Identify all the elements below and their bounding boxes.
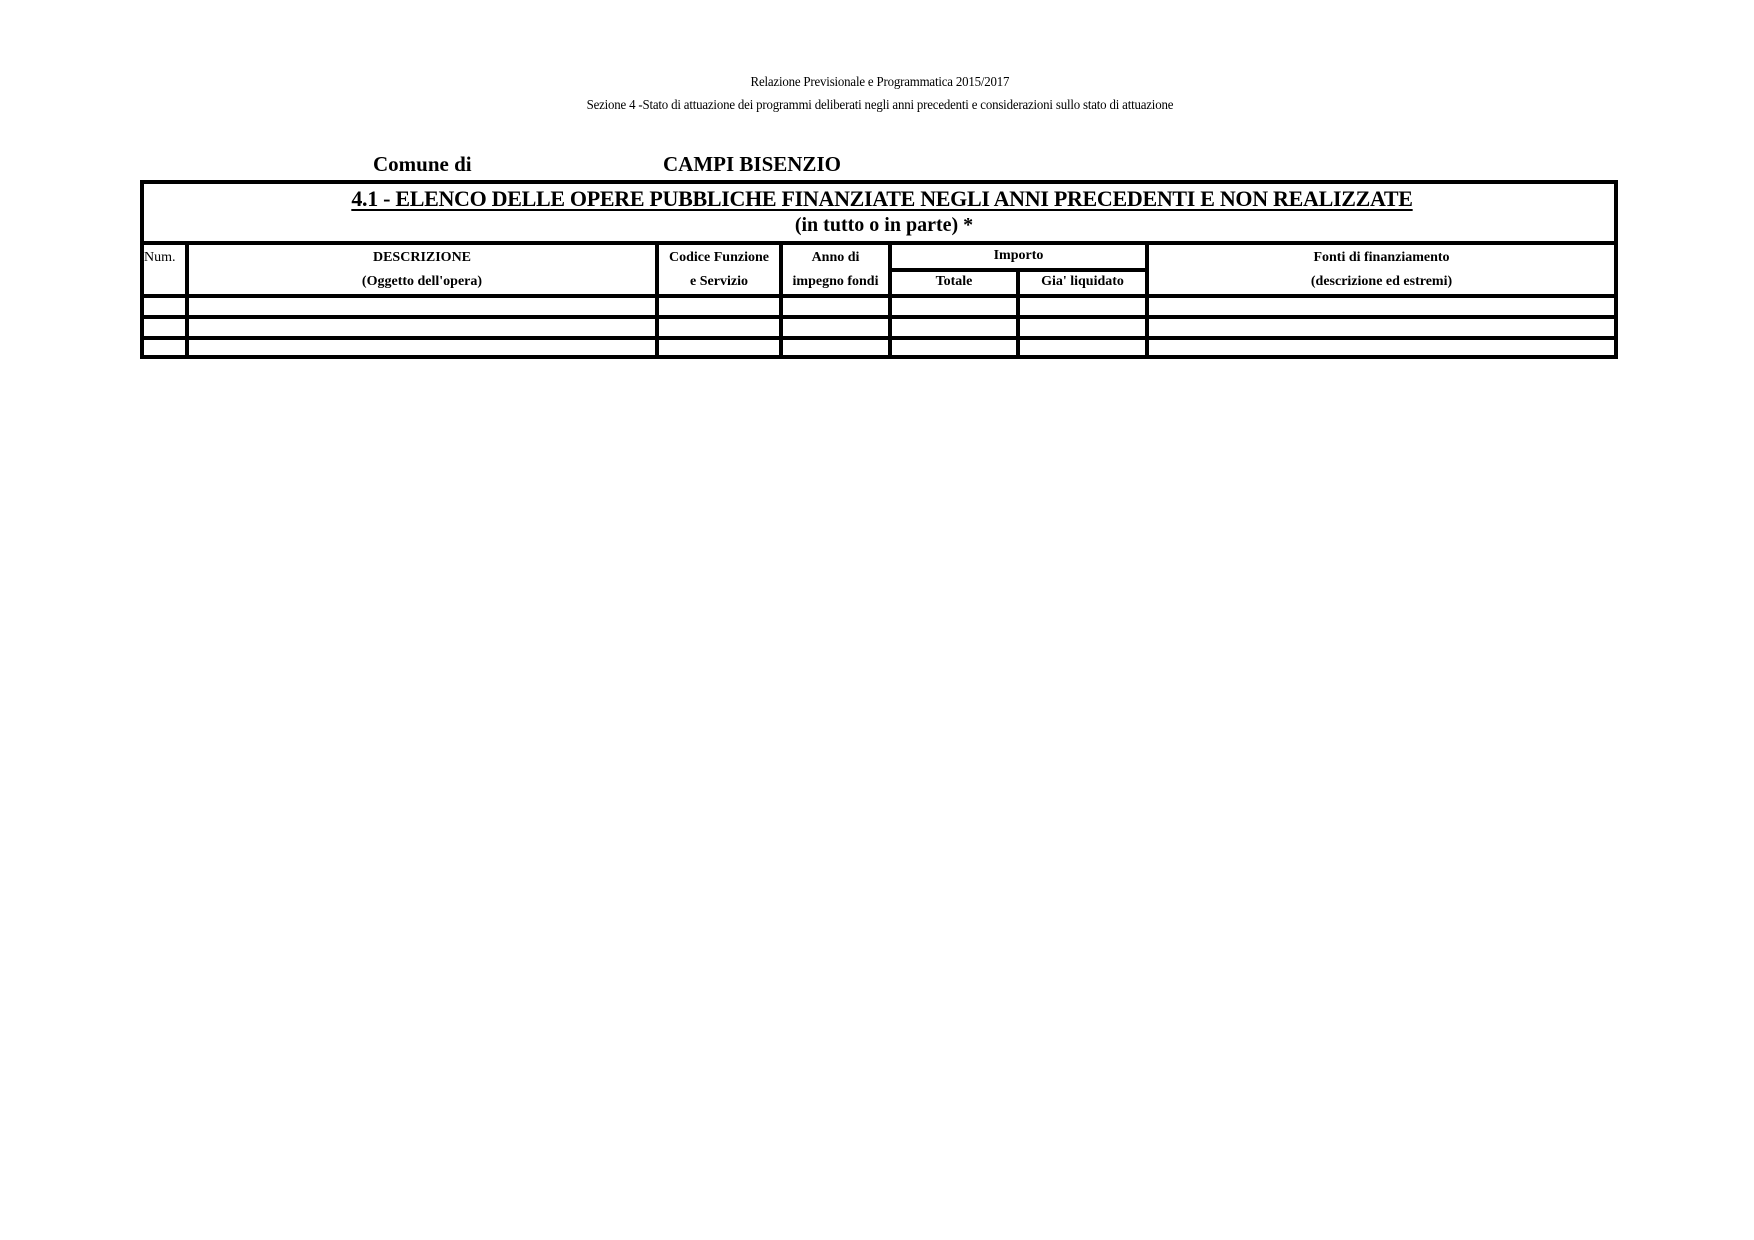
- col-header-fonti-sub: (descrizione ed estremi): [1149, 274, 1614, 290]
- cell-num: [144, 340, 185, 357]
- cell-fonti: [1149, 340, 1614, 357]
- cell-liquidato: [1020, 340, 1145, 357]
- cell-anno: [783, 319, 888, 336]
- title-divider: [140, 241, 1618, 245]
- cell-fonti: [1149, 319, 1614, 336]
- col-header-codice: Codice Funzione: [659, 250, 779, 266]
- cell-totale: [892, 298, 1016, 315]
- cell-anno: [783, 298, 888, 315]
- col-header-anno-sub: impegno fondi: [783, 274, 888, 290]
- cell-totale: [892, 319, 1016, 336]
- cell-liquidato: [1020, 319, 1145, 336]
- comune-value: CAMPI BISENZIO: [663, 152, 841, 177]
- col-header-importo-liquidato: Gia' liquidato: [1020, 274, 1145, 290]
- report-title: Relazione Previsionale e Programmatica 2…: [70, 75, 1689, 91]
- comune-label: Comune di: [373, 152, 472, 177]
- cell-codice: [659, 340, 779, 357]
- table-subtitle: (in tutto o in parte) *: [0, 214, 1754, 237]
- cell-codice: [659, 319, 779, 336]
- cell-descrizione: [189, 340, 655, 357]
- cell-fonti: [1149, 298, 1614, 315]
- col-header-importo: Importo: [892, 248, 1145, 264]
- cell-num: [144, 298, 185, 315]
- cell-totale: [892, 340, 1016, 357]
- cell-codice: [659, 298, 779, 315]
- section-title: Sezione 4 -Stato di attuazione dei progr…: [70, 98, 1689, 114]
- cell-liquidato: [1020, 298, 1145, 315]
- col-header-descrizione: DESCRIZIONE: [189, 250, 655, 266]
- cell-anno: [783, 340, 888, 357]
- col-header-anno: Anno di: [783, 250, 888, 266]
- col-header-num: Num.: [144, 250, 186, 266]
- col-header-descrizione-sub: (Oggetto dell'opera): [189, 274, 655, 290]
- table-title: 4.1 - ELENCO DELLE OPERE PUBBLICHE FINAN…: [0, 186, 1754, 212]
- col-header-fonti: Fonti di finanziamento: [1149, 250, 1614, 266]
- cell-num: [144, 319, 185, 336]
- cell-descrizione: [189, 298, 655, 315]
- col-header-importo-totale: Totale: [892, 274, 1016, 290]
- cell-descrizione: [189, 319, 655, 336]
- col-header-codice-sub: e Servizio: [659, 274, 779, 290]
